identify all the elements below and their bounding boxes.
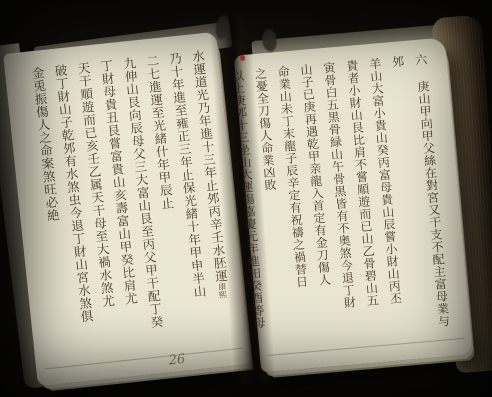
left-page: 水運道光乃年進十三年止邜丙辛壬水胚運康熙 乃十年進至雍正三年止保光緒十年甲申半山… [3, 32, 251, 387]
left-page-text: 水運道光乃年進十三年止邜丙辛壬水胚運康熙 乃十年進至雍正三年止保光緒十年甲申半山… [15, 49, 239, 352]
right-page: 六 庚山甲向甲父絲在對宮又干支不配主富母業与邜 羊山大富小貴山癸丙富母貴山辰嘗小… [234, 37, 473, 372]
column-annotation: 康熙 [217, 282, 228, 299]
photo-backdrop: 水運道光乃年進十三年止邜丙辛壬水胚運康熙 乃十年進至雍正三年止保光緒十年甲申半山… [0, 0, 492, 397]
page-number: 26 [168, 352, 186, 369]
right-page-text: 六 庚山甲向甲父絲在對宮又干支不配主富母業与邜 羊山大富小貴山癸丙富母貴山辰嘗小… [243, 53, 456, 346]
red-mark [240, 55, 245, 61]
